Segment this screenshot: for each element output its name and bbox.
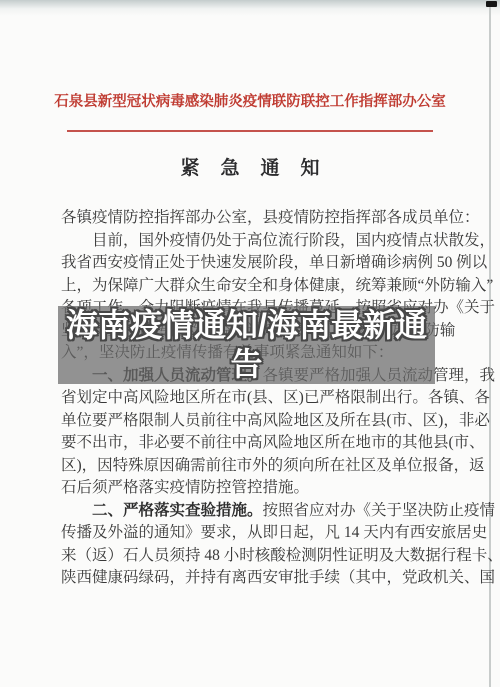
notice-title-text: 紧急通知 [159, 158, 340, 179]
body-line: 传播及外溢的通知》要求，从即日起，凡 14 天内有西安旅居史 [61, 522, 461, 545]
body-line: 我省西安疫情正处于快速发展阶段，单日新增确诊病例 50 例以 [61, 252, 461, 275]
body-line: 上，为保障广大群众生命安全和身体健康，统筹兼顾“外防输入” [61, 275, 461, 298]
watermark-overlay: 海南疫情通知/海南最新通告 [58, 306, 435, 384]
body-line: 要不出市，非必要不前往中高风险地区所在地市的其他县(市、 [61, 432, 461, 455]
red-divider-line [67, 130, 433, 132]
body-line: 目前，国外疫情仍处于高位流行阶段，国内疫情点状散发， [61, 230, 461, 253]
body-line: 省划定中高风险地区所在市(县、区)已严格限制出行。各镇、各 [61, 387, 461, 410]
notice-title: 紧急通知 [0, 157, 500, 181]
document-page: 石泉县新型冠状病毒感染肺炎疫情联防联控工作指挥部办公室 紧急通知 各镇疫情防控指… [0, 0, 500, 687]
issuing-office-title: 石泉县新型冠状病毒感染肺炎疫情联防联控工作指挥部办公室 [0, 93, 500, 111]
body-line: 区)，因特殊原因确需前往市外的须向所在社区及单位报备，返 [61, 455, 461, 478]
watermark-text: 海南疫情通知/海南最新通告 [61, 306, 433, 384]
corner-mark [486, 1, 497, 7]
body-line: 石后须严格落实疫情防控管控措施。 [61, 477, 461, 500]
body-line: 来（返）石人员须持 48 小时核酸检测阴性证明及大数据行程卡、 [61, 545, 461, 568]
body-line: 陕西健康码绿码，并持有离西安审批手续（其中，党政机关、国 [61, 567, 461, 590]
body-line: 各镇疫情防控指挥部办公室，县疫情防控指挥部各成员单位： [61, 207, 461, 230]
scan-top-shadow [0, 0, 500, 16]
body-lines: 各镇疫情防控指挥部办公室，县疫情防控指挥部各成员单位： 目前，国外疫情仍处于高位… [61, 207, 461, 590]
body-line: 单位要严格限制人员前往中高风险地区及所在县(市、区)，非必 [61, 410, 461, 433]
body-line: 二、严格落实查验措施。按照省应对办《关于坚决防止疫情 [61, 500, 461, 523]
